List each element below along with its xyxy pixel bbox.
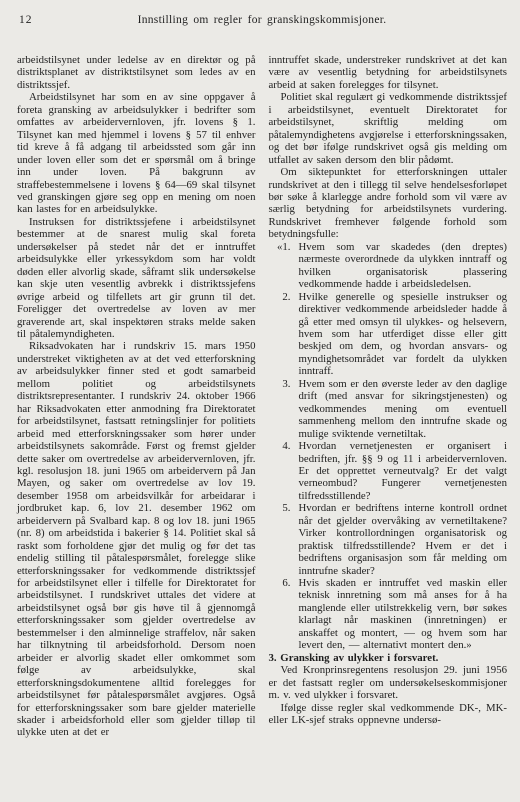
numbered-list-item: 5. Hvordan er bedriftens interne kontrol… bbox=[269, 502, 508, 577]
paragraph: Arbeidstilsynet har som en av sine oppga… bbox=[17, 91, 256, 216]
left-column: arbeidstilsynet under ledelse av en dire… bbox=[17, 54, 256, 739]
list-item-text: Hvilke generelle og spesielle instrukser… bbox=[299, 291, 508, 378]
paragraph: Riksadvokaten har i rundskriv 15. mars 1… bbox=[17, 340, 256, 739]
list-item-number: 3. bbox=[269, 378, 299, 440]
section-heading: 3. Gransking av ulykker i forsvaret. bbox=[269, 652, 508, 664]
list-item-text: Hvordan vernetjenesten er organisert i b… bbox=[299, 440, 508, 502]
paragraph: Instruksen for distriktssjefene i arbeid… bbox=[17, 216, 256, 341]
paragraph: Ifølge disse regler skal vedkommende DK-… bbox=[269, 702, 508, 727]
list-item-number: «1. bbox=[269, 241, 299, 291]
running-header: 12 Innstilling om regler for granskingsk… bbox=[17, 14, 507, 30]
paragraph: arbeidstilsynet under ledelse av en dire… bbox=[17, 54, 256, 91]
numbered-list-item: 3. Hvem som er den øverste leder av den … bbox=[269, 378, 508, 440]
two-column-text: arbeidstilsynet under ledelse av en dire… bbox=[17, 54, 507, 739]
right-column: inntruffet skade, understreker rundskriv… bbox=[269, 54, 508, 739]
numbered-list-item: 6. Hvis skaden er inntruffet ved maskin … bbox=[269, 577, 508, 652]
page-number: 12 bbox=[19, 14, 33, 26]
list-item-text: Hvem som var skadedes (den dreptes) nærm… bbox=[299, 241, 508, 291]
running-header-title: Innstilling om regler for granskingskomm… bbox=[17, 14, 507, 26]
paragraph: inntruffet skade, understreker rundskriv… bbox=[269, 54, 508, 91]
paragraph: Ved Kronprinsregentens resolusjon 29. ju… bbox=[269, 664, 508, 701]
numbered-list-item: 2. Hvilke generelle og spesielle instruk… bbox=[269, 291, 508, 378]
list-item-text: Hvordan er bedriftens interne kontroll o… bbox=[299, 502, 508, 577]
list-item-number: 6. bbox=[269, 577, 299, 652]
list-item-number: 5. bbox=[269, 502, 299, 577]
numbered-list-item: «1. Hvem som var skadedes (den dreptes) … bbox=[269, 241, 508, 291]
list-item-text: Hvis skaden er inntruffet ved maskin ell… bbox=[299, 577, 508, 652]
numbered-list: «1. Hvem som var skadedes (den dreptes) … bbox=[269, 241, 508, 652]
paragraph: Om siktepunktet for etterforskningen utt… bbox=[269, 166, 508, 241]
list-item-text: Hvem som er den øverste leder av den dag… bbox=[299, 378, 508, 440]
list-item-number: 2. bbox=[269, 291, 299, 378]
document-page: 12 Innstilling om regler for granskingsk… bbox=[0, 0, 520, 802]
list-item-number: 4. bbox=[269, 440, 299, 502]
paragraph: Politiet skal regulært gi vedkommende di… bbox=[269, 91, 508, 166]
numbered-list-item: 4. Hvordan vernetjenesten er organisert … bbox=[269, 440, 508, 502]
